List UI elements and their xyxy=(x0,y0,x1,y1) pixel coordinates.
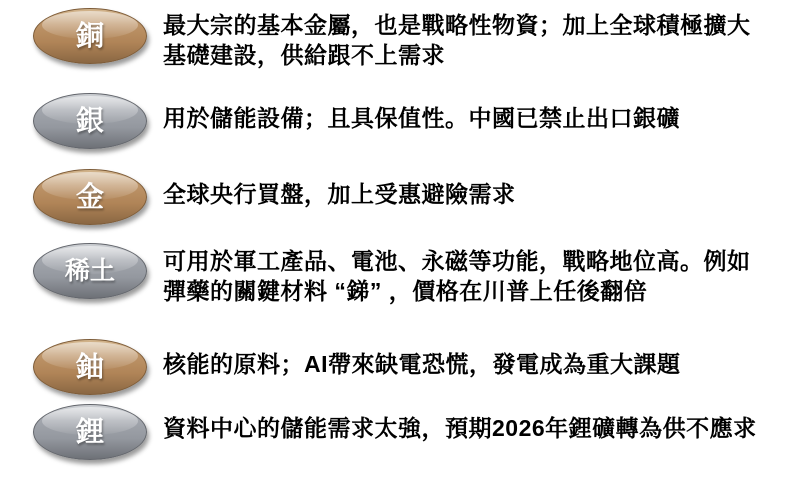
metal-badge-label: 金 xyxy=(76,183,104,211)
metal-badge-label: 稀土 xyxy=(65,259,115,284)
metal-description: 最大宗的基本金屬，也是戰略性物資；加上全球積極擴大 基礎建設，供給跟不上需求 xyxy=(163,10,795,70)
metal-badge-silver: 銀 xyxy=(33,93,147,149)
metal-badge-copper: 銅 xyxy=(33,8,147,64)
metal-row-rare-earth: 稀土 可用於軍工產品、電池、永磁等功能，戰略地位高。例如 彈藥的關鍵材料 “銻”… xyxy=(0,243,806,309)
metal-description: 可用於軍工產品、電池、永磁等功能，戰略地位高。例如 彈藥的關鍵材料 “銻” ，價… xyxy=(163,246,795,306)
metal-badge-rare-earth: 稀土 xyxy=(33,243,147,299)
metal-badge-label: 銀 xyxy=(76,107,104,135)
metal-row-silver: 銀 用於儲能設備；且具保值性。中國已禁止出口銀礦 xyxy=(0,93,806,149)
metal-description: 用於儲能設備；且具保值性。中國已禁止出口銀礦 xyxy=(163,103,795,133)
metal-badge-label: 鈾 xyxy=(76,353,104,381)
metal-description: 全球央行買盤，加上受惠避險需求 xyxy=(163,179,795,209)
metal-row-copper: 銅 最大宗的基本金屬，也是戰略性物資；加上全球積極擴大 基礎建設，供給跟不上需求 xyxy=(0,8,806,72)
metal-badge-lithium: 鋰 xyxy=(33,404,147,460)
metal-description: 核能的原料；AI帶來缺電恐慌，發電成為重大課題 xyxy=(163,349,795,379)
metals-infographic-slide: 銅 最大宗的基本金屬，也是戰略性物資；加上全球積極擴大 基礎建設，供給跟不上需求… xyxy=(0,0,806,479)
metal-badge-label: 鋰 xyxy=(76,418,104,446)
metal-row-gold: 金 全球央行買盤，加上受惠避險需求 xyxy=(0,169,806,225)
metal-row-lithium: 鋰 資料中心的儲能需求太強，預期2026年鋰礦轉為供不應求 xyxy=(0,404,806,479)
metal-badge-label: 銅 xyxy=(76,22,104,50)
metal-badge-uranium: 鈾 xyxy=(33,339,147,395)
metal-badge-gold: 金 xyxy=(33,169,147,225)
metal-row-uranium: 鈾 核能的原料；AI帶來缺電恐慌，發電成為重大課題 xyxy=(0,339,806,395)
metal-description: 資料中心的儲能需求太強，預期2026年鋰礦轉為供不應求 xyxy=(163,413,795,443)
